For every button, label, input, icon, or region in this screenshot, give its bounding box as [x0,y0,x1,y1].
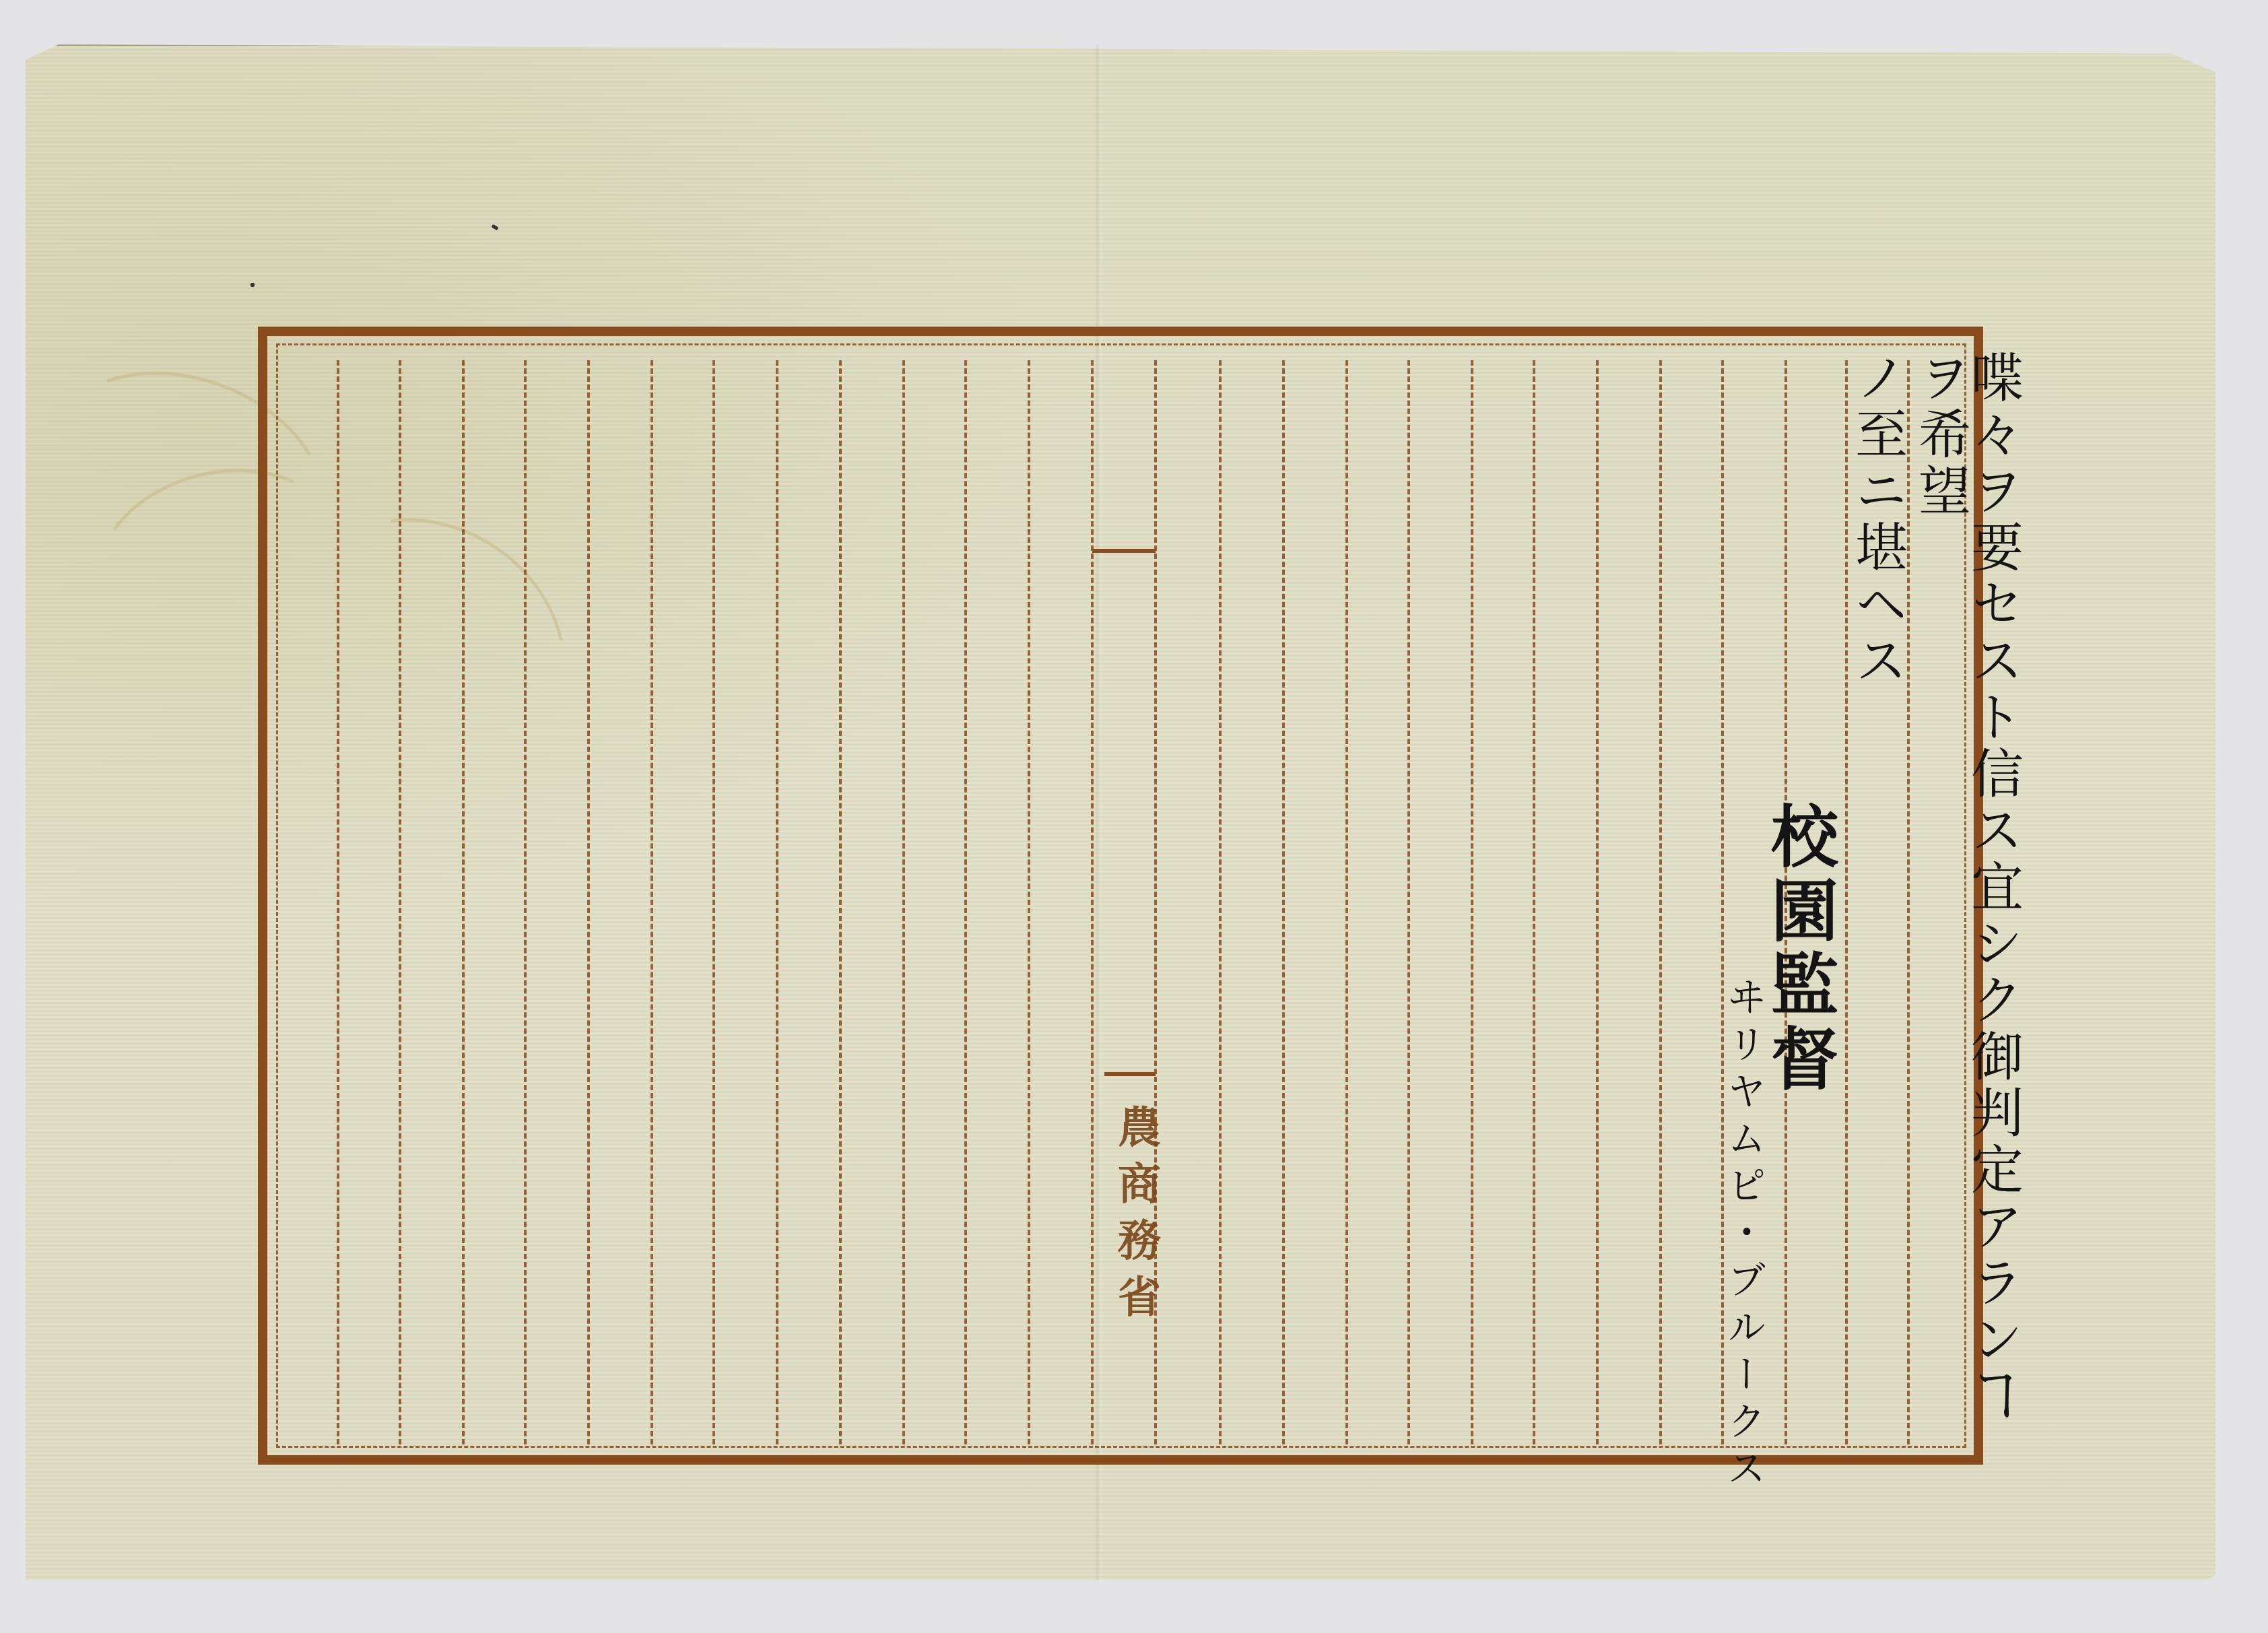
column-rule [1471,360,1473,1444]
column-rule [1596,360,1599,1444]
column-rule [1282,360,1285,1444]
column-rule [1219,360,1222,1444]
column-rule [1028,360,1030,1444]
center-column-bottom-bar [1104,1072,1156,1076]
column-rule [776,360,778,1444]
signature-name: ヰリヤムピ・ブルークス [1724,976,1763,1495]
column-rule [651,360,653,1444]
body-line-2: ノ至ニ堪ヘス [1850,350,1903,754]
column-rule [1533,360,1535,1444]
column-rule [839,360,842,1444]
ink-speck [251,283,255,287]
column-rule [1345,360,1348,1444]
body-line-1: 喋々ヲ要セスト信ス宜シク御判定アランヿヲ希望 [1914,350,2019,1455]
center-column-left-rule [1091,360,1094,1444]
column-rule [587,360,590,1444]
column-rule [712,360,715,1444]
column-rule [462,360,465,1444]
column-rule [399,360,401,1444]
column-rule [1659,360,1662,1444]
ministry-label: 農商務省 [1104,1104,1166,1331]
column-rule [902,360,905,1444]
column-rule [1907,360,1910,1444]
signature-title: 校園監督 [1766,801,1833,1098]
column-rule [1407,360,1410,1444]
column-rule [524,360,527,1444]
column-rule [337,360,339,1444]
column-rule [964,360,967,1444]
center-column-top-bar [1092,549,1156,553]
